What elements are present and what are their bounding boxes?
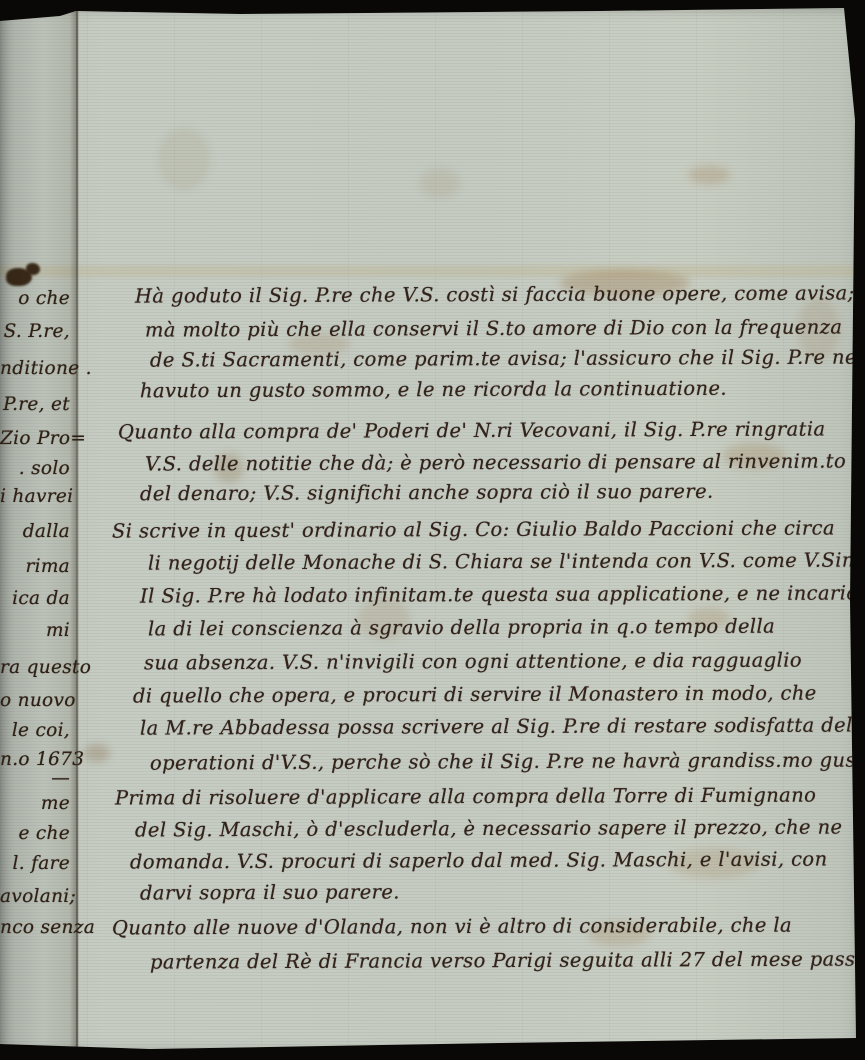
letter-line: Prima di risoluere d'applicare alla comp…: [115, 783, 816, 809]
letter-line: Quanto alle nuove d'Olanda, non vi è alt…: [112, 914, 792, 940]
margin-fragment: dalla: [0, 521, 70, 542]
margin-fragment: nco senza: [0, 917, 70, 938]
margin-fragment: l. fare: [0, 853, 70, 874]
margin-fragment: ica da: [0, 588, 70, 609]
letter-line: de S.ti Sacramenti, come parim.te avisa;…: [150, 345, 865, 371]
letter-line: la di lei conscienza à sgravio della pro…: [148, 615, 775, 641]
letter-line: sua absenza. V.S. n'invigili con ogni at…: [144, 649, 802, 675]
margin-fragment: Zio Pro=: [0, 428, 70, 449]
stain: [688, 166, 730, 184]
scan-background: o che S. P.re, nditione . P.re, et Zio P…: [0, 0, 865, 1060]
letter-line: li negotij delle Monache di S. Chiara se…: [148, 548, 865, 574]
letter-line: Quanto alla compra de' Poderi de' N.ri V…: [118, 417, 826, 443]
margin-fragment: —: [0, 768, 70, 789]
margin-fragment: avolani;: [0, 886, 70, 907]
margin-fragment: i havrei: [0, 486, 70, 507]
letter-line: partenza del Rè di Francia verso Parigi …: [150, 947, 865, 973]
letter-line: V.S. delle notitie che dà; è però necess…: [145, 449, 846, 475]
letter-line: Il Sig. P.re hà lodato infinitam.te ques…: [140, 581, 865, 607]
letter-line: la M.re Abbadessa possa scrivere al Sig.…: [140, 713, 865, 739]
margin-fragment: me: [0, 793, 70, 814]
margin-fragment: e che: [0, 823, 70, 844]
letter-line: mà molto più che ella conservi il S.to a…: [145, 315, 842, 341]
letter-line: del denaro; V.S. significhi anche sopra …: [140, 480, 714, 506]
letter-line: Hà goduto il Sig. P.re che V.S. costì si…: [135, 281, 855, 307]
margin-fragment: nditione .: [0, 358, 70, 379]
letter-line: havuto un gusto sommo, e le ne ricorda l…: [140, 377, 727, 403]
letter-line: di quello che opera, e procuri di servir…: [133, 682, 817, 708]
margin-fragment: mi: [0, 620, 70, 641]
letter-line: operationi d'V.S., perche sò che il Sig.…: [150, 748, 865, 774]
letter-line: darvi sopra il suo parere.: [140, 880, 400, 904]
stain: [420, 168, 460, 198]
margin-fragment: S. P.re,: [0, 321, 70, 342]
margin-fragment: n.o 1673: [0, 749, 70, 770]
margin-fragment: ra questo: [0, 657, 70, 678]
margin-fragment: le coi,: [0, 720, 70, 741]
letter-page: o che S. P.re, nditione . P.re, et Zio P…: [0, 0, 865, 1060]
letter-line: del Sig. Maschi, ò d'escluderla, è neces…: [135, 815, 843, 841]
page-fold-line: [76, 8, 78, 1052]
stain: [84, 744, 110, 762]
letter-line: domanda. V.S. procuri di saperlo dal med…: [130, 847, 828, 873]
letter-line: Si scrive in quest' ordinario al Sig. Co…: [112, 516, 835, 542]
margin-fragment: P.re, et: [0, 394, 70, 415]
stain: [158, 128, 210, 190]
margin-fragment: o che: [0, 288, 70, 309]
margin-fragment: o nuovo: [0, 690, 70, 711]
margin-fragment: . solo: [0, 458, 70, 479]
margin-fragment: rima: [0, 556, 70, 577]
